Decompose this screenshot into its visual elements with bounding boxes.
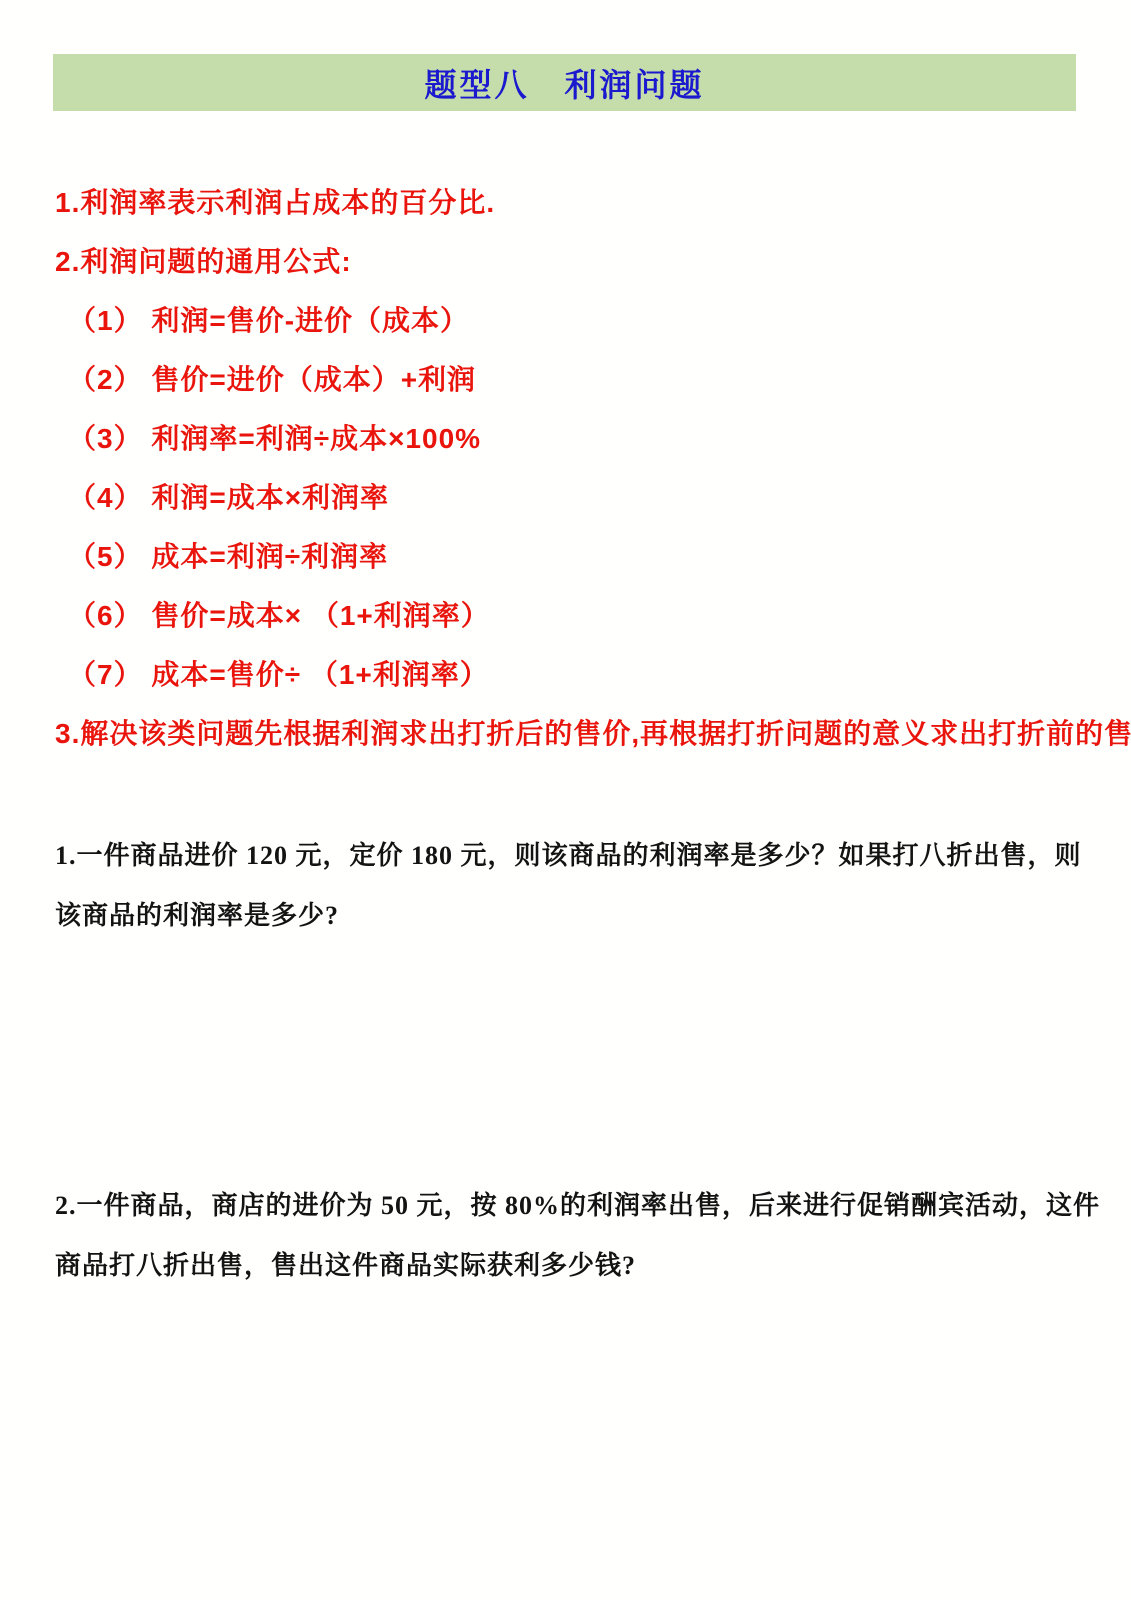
problem-1-line-2: 该商品的利润率是多少? xyxy=(55,886,1077,946)
problem-1-line-1: 1.一件商品进价 120 元，定价 180 元，则该商品的利润率是多少？如果打八… xyxy=(55,826,1077,886)
formula-5: （5） 成本=利润÷利润率 xyxy=(55,527,1077,586)
note-rule-2: 2.利润问题的通用公式: xyxy=(55,232,1077,291)
note-rule-3: 3.解决该类问题先根据利润求出打折后的售价,再根据打折问题的意义求出打折前的售价… xyxy=(55,704,1077,763)
formula-7: （7） 成本=售价÷ （1+利润率） xyxy=(55,645,1077,704)
problem-2-line-1: 2.一件商品，商店的进价为 50 元，按 80%的利润率出售，后来进行促销酬宾活… xyxy=(55,1176,1077,1236)
formula-2: （2） 售价=进价（成本）+利润 xyxy=(55,350,1077,409)
problem-1: 1.一件商品进价 120 元，定价 180 元，则该商品的利润率是多少？如果打八… xyxy=(55,826,1077,946)
formula-3: （3） 利润率=利润÷成本×100% xyxy=(55,409,1077,468)
notes-section: 1.利润率表示利润占成本的百分比. 2.利润问题的通用公式: （1） 利润=售价… xyxy=(55,173,1077,763)
page-title: 题型八 利润问题 xyxy=(424,60,704,106)
formula-4: （4） 利润=成本×利润率 xyxy=(55,468,1077,527)
problem-2: 2.一件商品，商店的进价为 50 元，按 80%的利润率出售，后来进行促销酬宾活… xyxy=(55,1176,1077,1296)
title-banner: 题型八 利润问题 xyxy=(53,54,1076,111)
problem-2-line-2: 商品打八折出售，售出这件商品实际获利多少钱? xyxy=(55,1236,1077,1296)
worksheet-page: 题型八 利润问题 1.利润率表示利润占成本的百分比. 2.利润问题的通用公式: … xyxy=(0,0,1131,1600)
note-rule-1: 1.利润率表示利润占成本的百分比. xyxy=(55,173,1077,232)
formula-6: （6） 售价=成本× （1+利润率） xyxy=(55,586,1077,645)
formula-1: （1） 利润=售价-进价（成本） xyxy=(55,291,1077,350)
